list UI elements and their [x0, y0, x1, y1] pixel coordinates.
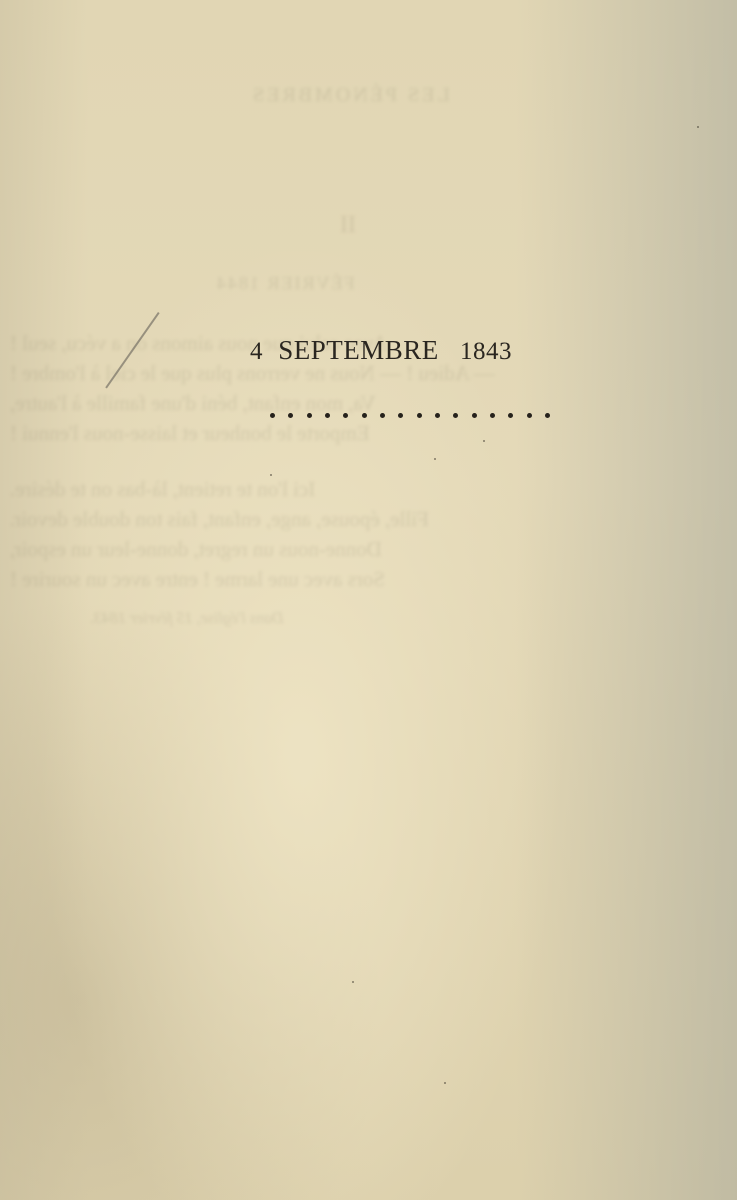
separator-dot — [417, 413, 422, 418]
separator-dot — [398, 413, 403, 418]
separator-dot — [288, 413, 293, 418]
separator-dot — [508, 413, 513, 418]
bleed-line: Ici l'on te retient, là-bas on te désire… — [10, 474, 315, 504]
ink-speck — [270, 474, 272, 476]
separator-dot — [527, 413, 532, 418]
ellipsis-separator — [270, 405, 550, 425]
separator-dot — [472, 413, 477, 418]
ink-speck — [352, 981, 354, 983]
separator-dot — [380, 413, 385, 418]
ink-speck — [483, 440, 485, 442]
bleed-signature: Dans l'église, 15 février 1843. — [90, 604, 284, 634]
title-day: 4 — [250, 338, 263, 365]
bleed-line: Fille, épouse, ange, enfant, fais ton do… — [10, 504, 429, 534]
separator-dot — [325, 413, 330, 418]
separator-dot — [490, 413, 495, 418]
separator-dot — [453, 413, 458, 418]
paper-background — [0, 0, 737, 1200]
bleed-line: Sors avec une larme ! entre avec un sour… — [10, 564, 385, 594]
bleed-subtitle: FÉVRIER 1844 — [215, 268, 355, 298]
ink-speck — [444, 1082, 446, 1084]
separator-dot — [435, 413, 440, 418]
bleed-header: LES PÉNOMBRES — [250, 80, 450, 110]
title-month: SEPTEMBRE — [278, 335, 439, 365]
ink-speck — [697, 126, 699, 128]
page-title: 4 SEPTEMBRE 1843 — [250, 335, 512, 366]
title-year: 1843 — [460, 338, 512, 365]
separator-dot — [270, 413, 275, 418]
separator-dot — [307, 413, 312, 418]
separator-dot — [362, 413, 367, 418]
separator-dot — [545, 413, 550, 418]
ink-speck — [434, 458, 436, 460]
bleed-section-number: II — [340, 210, 356, 240]
separator-dot — [343, 413, 348, 418]
bleed-line: Donne-nous un regret, donne-leur un espo… — [10, 534, 382, 564]
